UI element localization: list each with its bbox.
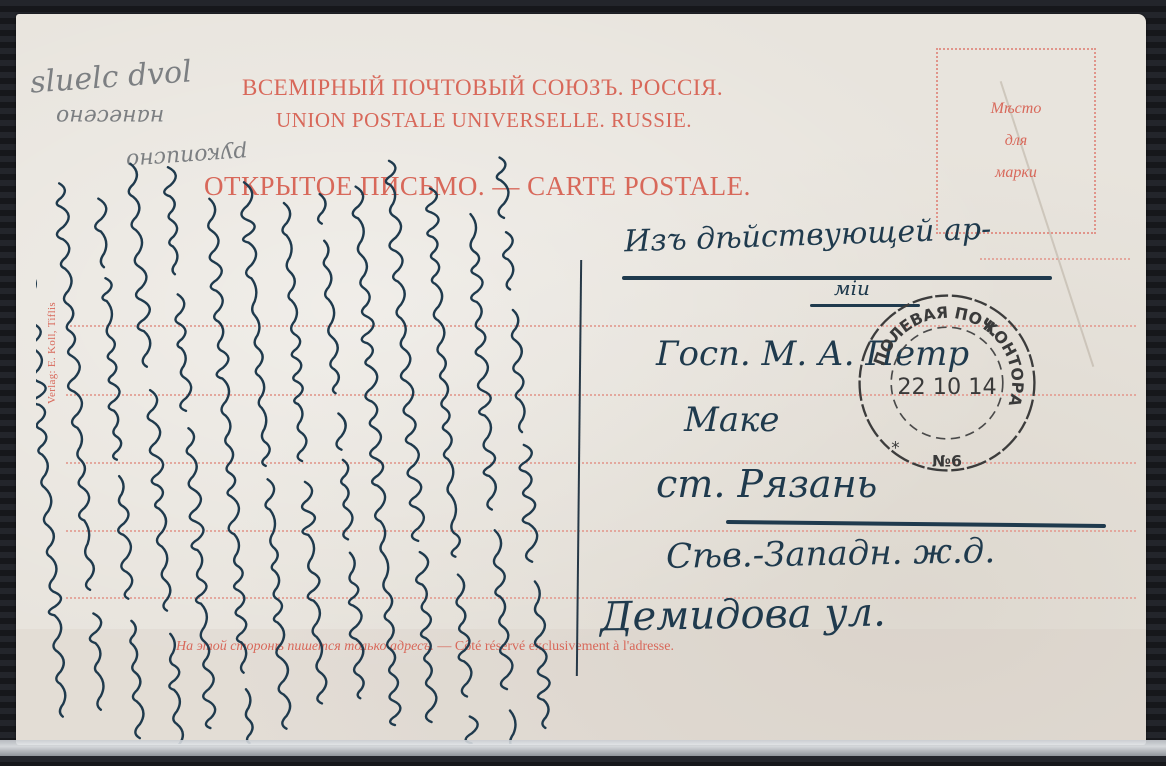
stamp-box-line: марки: [995, 164, 1037, 182]
postmark-top-text: ПОЛЕВАЯ ПОЧ.: [870, 303, 1005, 368]
handwritten-message: [36, 124, 586, 744]
stamp-placeholder-box: Мѣсто для марки: [936, 48, 1096, 234]
address-handwriting-line: Сѣв.-Западн. ж.д.: [666, 531, 996, 577]
postmark-star-icon: *: [891, 438, 899, 458]
album-sleeve-edge: [0, 740, 1166, 756]
address-handwriting-line: ст. Рязань: [656, 462, 877, 506]
postcard: ВСЕМІРНЫЙ ПОЧТОВЫЙ СОЮЗЪ. РОССІЯ. UNION …: [16, 14, 1146, 745]
stamp-box-line: для: [1005, 132, 1028, 150]
address-handwriting-line: Маке: [684, 400, 780, 440]
field-post-postmark: ПОЛЕВАЯ ПОЧ. КОНТОРА 22 10 14 №6 *: [854, 290, 1040, 476]
stamp-box-line: Мѣсто: [991, 100, 1042, 118]
address-line: [980, 258, 1130, 260]
address-underline: [622, 276, 1052, 280]
postmark-date: 22 10 14: [897, 374, 996, 400]
address-underline: [726, 520, 1106, 528]
pencil-note: sluelc dvol: [29, 54, 193, 100]
postmark-number: №6: [932, 452, 962, 471]
